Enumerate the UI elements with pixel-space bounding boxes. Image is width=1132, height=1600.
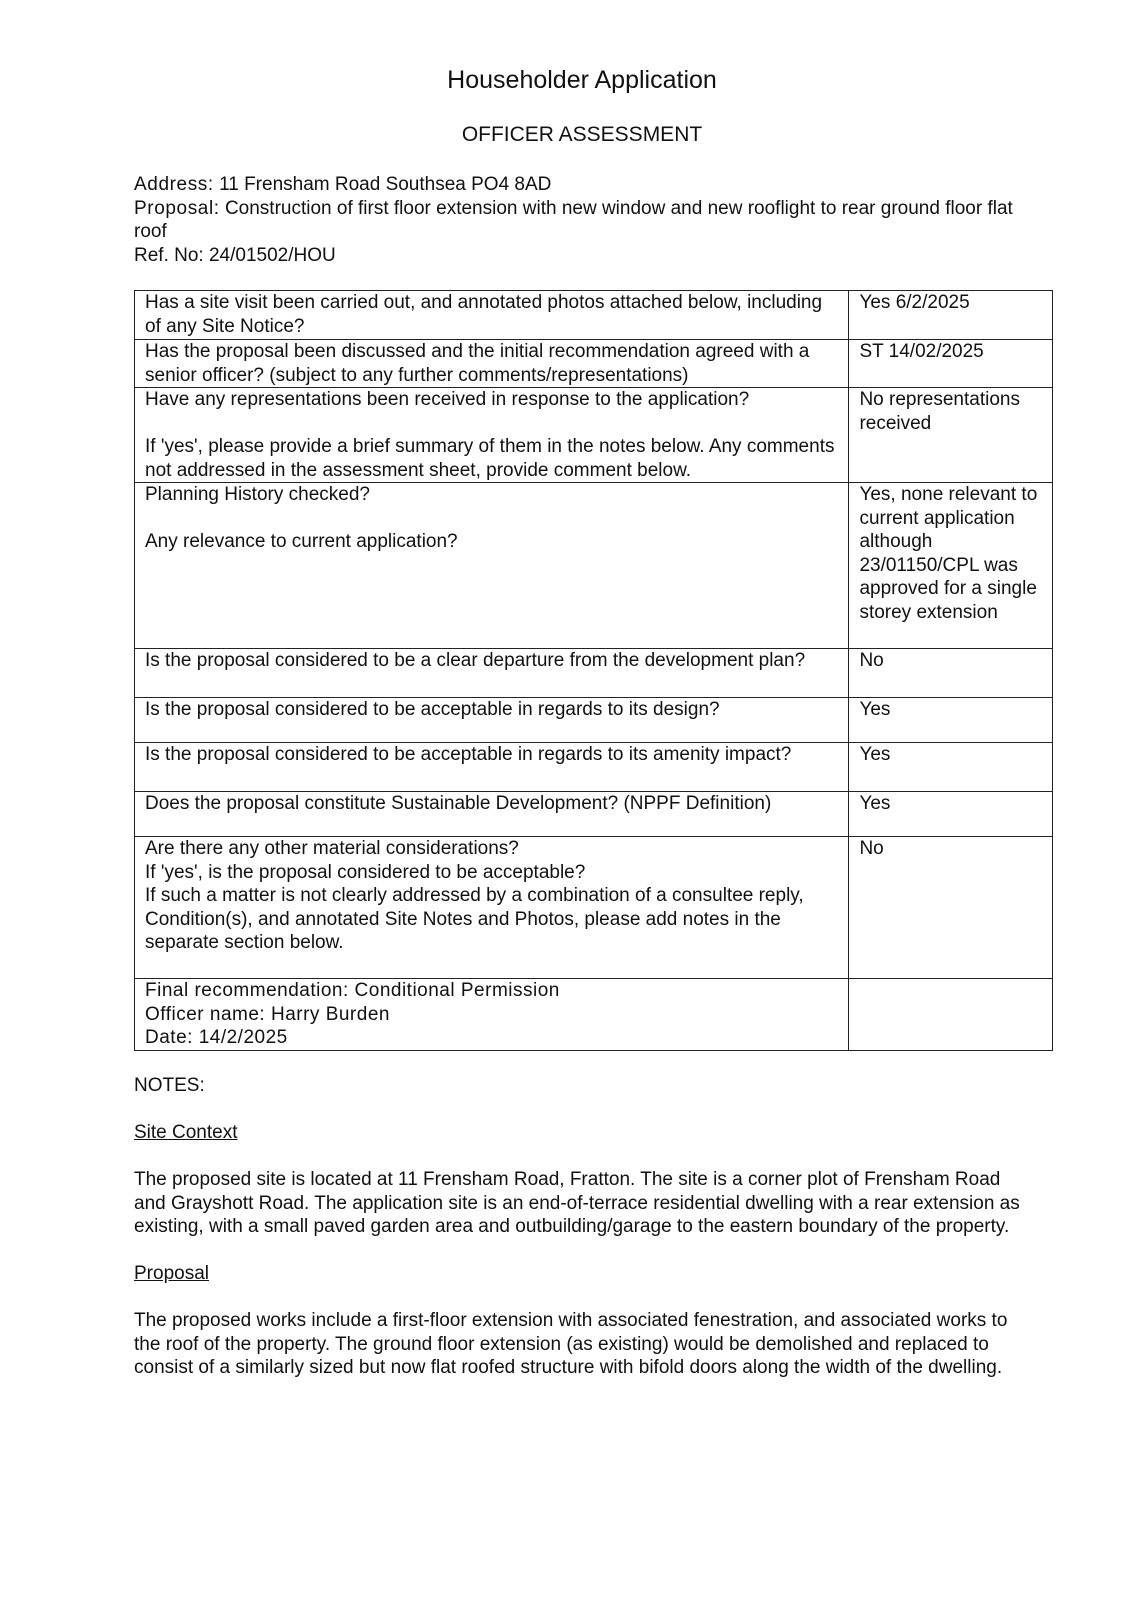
question-text: Have any representations been received i… (145, 388, 842, 412)
section-body-site-context: The proposed site is located at 11 Frens… (134, 1168, 1034, 1239)
question-line-2: If 'yes', is the proposal considered to … (145, 861, 842, 885)
table-row: Have any representations been received i… (135, 388, 1053, 483)
question-cell: Is the proposal considered to be a clear… (135, 649, 849, 698)
answer-cell: No (849, 837, 1053, 979)
proposal-value: Construction of first floor extension wi… (134, 198, 1013, 243)
address-label: Address: (134, 174, 214, 195)
answer-cell: Yes (849, 743, 1053, 792)
section-body-proposal: The proposed works include a first-floor… (134, 1309, 1034, 1380)
final-recommendation-row: Final recommendation: Conditional Permis… (135, 979, 1053, 1051)
answer-cell: Yes (849, 698, 1053, 743)
question-text: Are there any other material considerati… (145, 837, 842, 861)
question-line-3: If such a matter is not clearly addresse… (145, 884, 842, 955)
final-recommendation: Final recommendation: Conditional Permis… (145, 979, 842, 1003)
answer-cell: Yes, none relevant to current applicatio… (849, 483, 1053, 649)
table-row: Is the proposal considered to be accepta… (135, 743, 1053, 792)
notes-heading: NOTES: (134, 1074, 1034, 1098)
answer-cell: Yes (849, 792, 1053, 837)
notes-section: NOTES: Site Context The proposed site is… (134, 1074, 1034, 1380)
question-cell: Has a site visit been carried out, and a… (135, 291, 849, 340)
answer-cell: Yes 6/2/2025 (849, 291, 1053, 340)
section-heading-proposal: Proposal (134, 1262, 1034, 1286)
proposal-label: Proposal: (134, 198, 220, 219)
document-title: Householder Application (0, 66, 1132, 95)
answer-cell: No representations received (849, 388, 1053, 483)
answer-cell: ST 14/02/2025 (849, 340, 1053, 388)
application-details: Address: 11 Frensham Road Southsea PO4 8… (134, 173, 1034, 267)
final-answer-cell (849, 979, 1053, 1051)
table-row: Does the proposal constitute Sustainable… (135, 792, 1053, 837)
final-recommendation-cell: Final recommendation: Conditional Permis… (135, 979, 849, 1051)
table-row: Are there any other material considerati… (135, 837, 1053, 979)
assessment-table: Has a site visit been carried out, and a… (134, 290, 1053, 1051)
ref-value: 24/01502/HOU (209, 245, 336, 266)
question-cell: Does the proposal constitute Sustainable… (135, 792, 849, 837)
table-row: Has the proposal been discussed and the … (135, 340, 1053, 388)
document-subtitle: OFFICER ASSESSMENT (0, 123, 1132, 147)
table-row: Is the proposal considered to be a clear… (135, 649, 1053, 698)
answer-cell: No (849, 649, 1053, 698)
ref-label: Ref. No: (134, 245, 204, 266)
question-cell: Planning History checked? Any relevance … (135, 483, 849, 649)
section-heading-site-context: Site Context (134, 1121, 1034, 1145)
question-cell: Have any representations been received i… (135, 388, 849, 483)
table-row: Planning History checked? Any relevance … (135, 483, 1053, 649)
table-row: Is the proposal considered to be accepta… (135, 698, 1053, 743)
question-cell: Are there any other material considerati… (135, 837, 849, 979)
question-cell: Is the proposal considered to be accepta… (135, 743, 849, 792)
officer-name: Officer name: Harry Burden (145, 1003, 842, 1027)
question-cell: Is the proposal considered to be accepta… (135, 698, 849, 743)
question-cell: Has the proposal been discussed and the … (135, 340, 849, 388)
ref-line: Ref. No: 24/01502/HOU (134, 244, 1034, 268)
proposal-line: Proposal: Construction of first floor ex… (134, 197, 1034, 244)
address-value: 11 Frensham Road Southsea PO4 8AD (219, 174, 551, 195)
address-line: Address: 11 Frensham Road Southsea PO4 8… (134, 173, 1034, 197)
table-row: Has a site visit been carried out, and a… (135, 291, 1053, 340)
question-note: Any relevance to current application? (145, 530, 842, 554)
question-text: Planning History checked? (145, 483, 842, 507)
question-note: If 'yes', please provide a brief summary… (145, 435, 842, 482)
assessment-date: Date: 14/2/2025 (145, 1026, 842, 1050)
